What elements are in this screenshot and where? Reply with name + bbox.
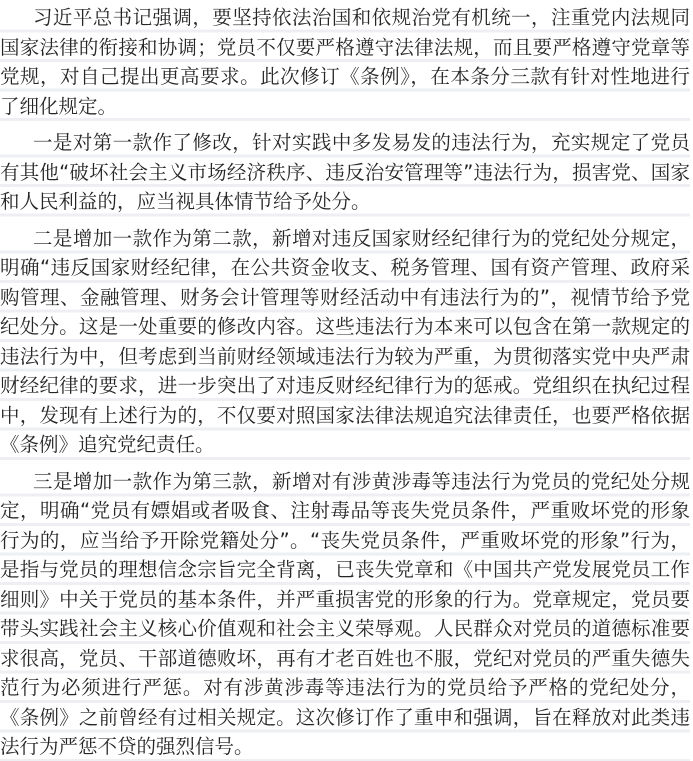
paragraph-point-one: 一是对第一款作了修改，针对实践中多发易发的违法行为，充实规定了党员有其他“破坏社… [0, 128, 690, 217]
paragraph-point-three: 三是增加一款作为第三款，新增对有涉黄涉毒等违法行为党员的党纪处分规定，明确“党员… [0, 467, 690, 761]
paragraph-point-two: 二是增加一款作为第二款，新增对违反国家财经纪律行为的党纪处分规定，明确“违反国家… [0, 224, 690, 460]
article-body: 习近平总书记强调，要坚持依法治国和依规治党有机统一，注重党内法规同国家法律的衔接… [0, 0, 693, 761]
paragraph-intro: 习近平总书记强调，要坚持依法治国和依规治党有机统一，注重党内法规同国家法律的衔接… [0, 3, 690, 121]
